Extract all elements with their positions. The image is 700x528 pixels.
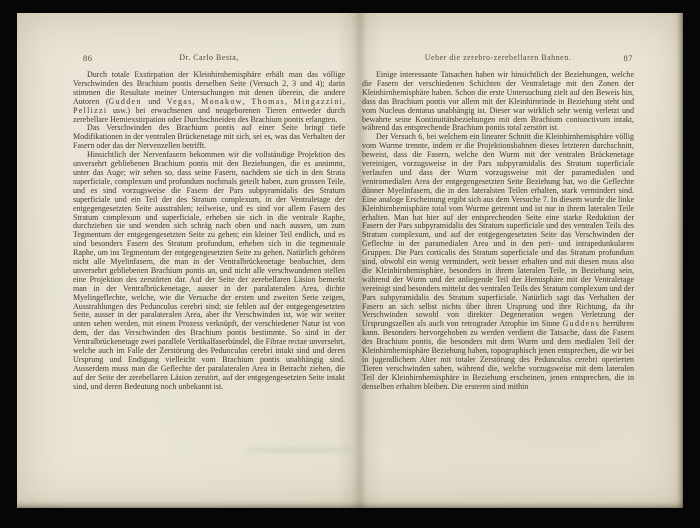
text-column-left: 86 Dr. Carlo Besta, Durch totale Exstirp… — [73, 53, 345, 392]
page-fore-edge — [674, 13, 683, 508]
text-segment: , — [285, 97, 294, 106]
page-header-left: 86 Dr. Carlo Besta, — [73, 53, 345, 64]
spaced-author-name: Mingazzini — [294, 97, 343, 106]
book-spread: 86 Dr. Carlo Besta, Durch totale Exstirp… — [17, 13, 683, 508]
page-number-right: 87 — [624, 53, 634, 63]
text-segment: , — [193, 97, 202, 106]
running-header-right: Ueber die zerebro-zerebellaren Bahnen. — [425, 53, 571, 62]
text-segment: Das Verschwinden des Brachium pontis auf… — [73, 123, 345, 150]
spaced-author-name: Monakow — [201, 97, 243, 106]
spaced-author-name: Pellizzi — [73, 106, 107, 115]
page-number-left: 86 — [83, 53, 93, 63]
spaced-author-name: Guddens — [563, 319, 601, 328]
page-bottom-edge — [17, 500, 683, 508]
running-header-left: Dr. Carlo Besta, — [179, 53, 239, 62]
page-left: 86 Dr. Carlo Besta, Durch totale Exstirp… — [17, 13, 350, 508]
spaced-author-name: Thomas — [251, 97, 285, 106]
text-column-right: Ueber die zerebro-zerebellaren Bahnen. 8… — [362, 53, 634, 392]
paragraph: Das Verschwinden des Brachium pontis auf… — [73, 124, 345, 151]
book-gutter-shadow — [337, 13, 383, 508]
page-header-right: Ueber die zerebro-zerebellaren Bahnen. 8… — [362, 53, 634, 64]
scan-artifact — [437, 137, 597, 143]
text-segment: usw.) bei erwachsenen und neugeborenen T… — [73, 106, 345, 124]
text-segment: Einige interessante Tatsachen haben wir … — [362, 70, 634, 132]
text-segment: und — [142, 97, 167, 106]
page-body-left: Durch totale Exstirpation der Kleinhirnh… — [73, 71, 345, 392]
text-segment: Hinsichtlich der Nervenfasern bekommen w… — [73, 150, 345, 391]
spaced-author-name: Gudden — [109, 97, 142, 106]
spaced-author-name: Vegas — [167, 97, 193, 106]
page-right: Ueber die zerebro-zerebellaren Bahnen. 8… — [350, 13, 683, 508]
text-segment: Der Versuch 6, bei welchem ein linearer … — [362, 132, 634, 328]
paragraph: Einige interessante Tatsachen haben wir … — [362, 71, 634, 133]
paragraph: Hinsichtlich der Nervenfasern bekommen w… — [73, 151, 345, 391]
text-segment: herrühren kann. Besonders hervorgehoben … — [362, 319, 634, 390]
page-body-right: Einige interessante Tatsachen haben wir … — [362, 71, 634, 392]
paragraph: Der Versuch 6, bei welchem ein linearer … — [362, 133, 634, 391]
paragraph: Durch totale Exstirpation der Kleinhirnh… — [73, 71, 345, 124]
